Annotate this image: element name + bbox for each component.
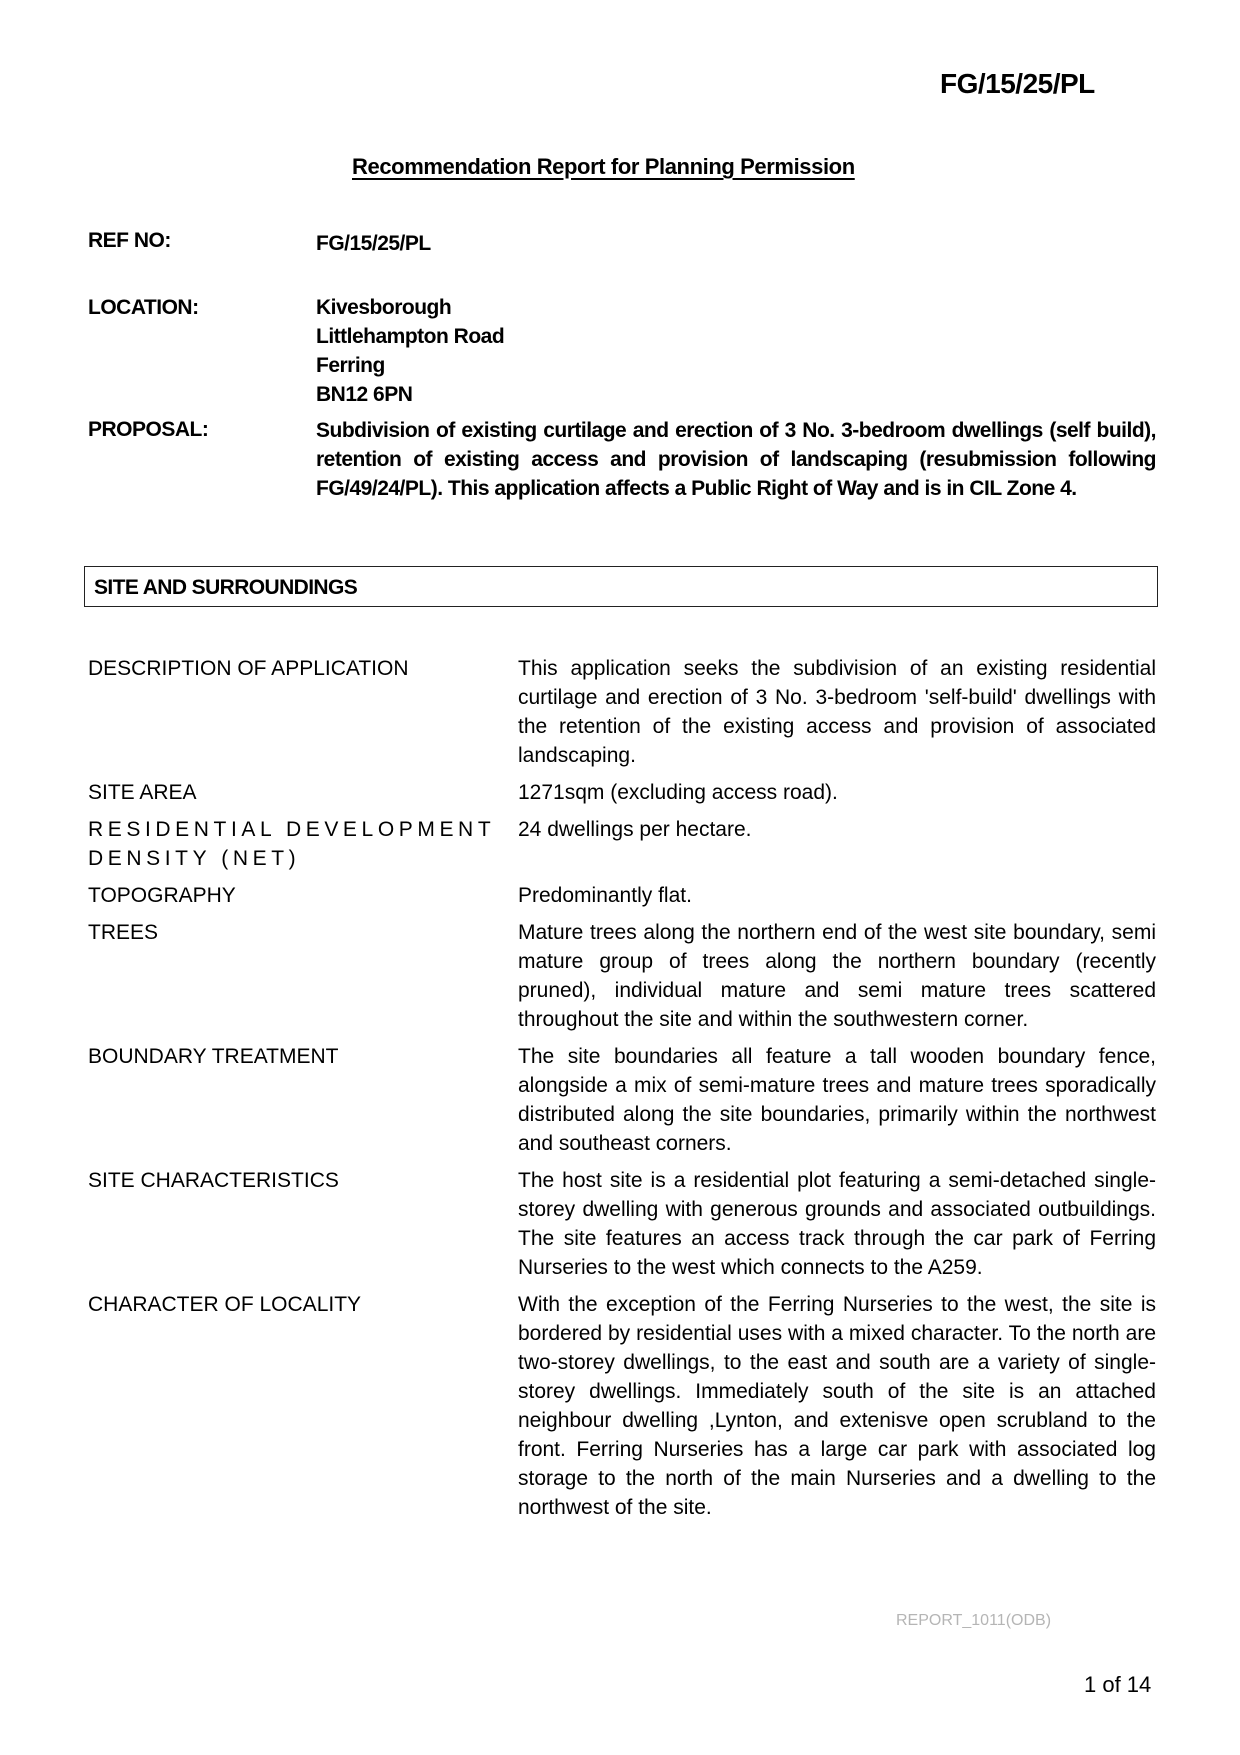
report-code: REPORT_1011(ODB) — [896, 1612, 1051, 1630]
section-header-box: SITE AND SURROUNDINGS — [84, 566, 1158, 607]
detail-row: SITE CHARACTERISTICS The host site is a … — [88, 1166, 1158, 1282]
detail-key: CHARACTER OF LOCALITY — [88, 1290, 518, 1522]
location-line: Littlehampton Road — [316, 322, 504, 351]
detail-row: SITE AREA 1271sqm (excluding access road… — [88, 778, 1158, 807]
ref-no-value: FG/15/25/PL — [316, 229, 431, 258]
location-line: Ferring — [316, 351, 504, 380]
location-line: BN12 6PN — [316, 380, 504, 409]
detail-value: This application seeks the subdivision o… — [518, 654, 1156, 770]
ref-no-label: REF NO: — [88, 229, 171, 253]
detail-key: BOUNDARY TREATMENT — [88, 1042, 518, 1158]
report-title: Recommendation Report for Planning Permi… — [352, 154, 855, 180]
detail-row: RESIDENTIAL DEVELOPMENT DENSITY (NET) 24… — [88, 815, 1158, 873]
detail-row: BOUNDARY TREATMENT The site boundaries a… — [88, 1042, 1158, 1158]
detail-value: With the exception of the Ferring Nurser… — [518, 1290, 1156, 1522]
detail-key: RESIDENTIAL DEVELOPMENT DENSITY (NET) — [88, 815, 518, 873]
detail-key: TOPOGRAPHY — [88, 881, 518, 910]
detail-row: CHARACTER OF LOCALITY With the exception… — [88, 1290, 1158, 1522]
detail-value: Predominantly flat. — [518, 881, 1156, 910]
detail-row: TOPOGRAPHY Predominantly flat. — [88, 881, 1158, 910]
proposal-label: PROPOSAL: — [88, 418, 208, 442]
location-line: Kivesborough — [316, 293, 504, 322]
detail-value: 1271sqm (excluding access road). — [518, 778, 1156, 807]
detail-key: DESCRIPTION OF APPLICATION — [88, 654, 518, 770]
location-label: LOCATION: — [88, 296, 199, 320]
detail-value: The host site is a residential plot feat… — [518, 1166, 1156, 1282]
site-details-table: DESCRIPTION OF APPLICATION This applicat… — [88, 654, 1158, 1530]
proposal-value: Subdivision of existing curtilage and er… — [316, 416, 1156, 503]
detail-key: SITE AREA — [88, 778, 518, 807]
detail-value: 24 dwellings per hectare. — [518, 815, 1156, 873]
header-reference: FG/15/25/PL — [940, 68, 1095, 100]
detail-value: The site boundaries all feature a tall w… — [518, 1042, 1156, 1158]
detail-key: SITE CHARACTERISTICS — [88, 1166, 518, 1282]
page-indicator: 1 of 14 — [1084, 1672, 1151, 1698]
location-address: Kivesborough Littlehampton Road Ferring … — [316, 293, 504, 409]
detail-value: Mature trees along the northern end of t… — [518, 918, 1156, 1034]
detail-row: DESCRIPTION OF APPLICATION This applicat… — [88, 654, 1158, 770]
detail-key: TREES — [88, 918, 518, 1034]
detail-row: TREES Mature trees along the northern en… — [88, 918, 1158, 1034]
section-title: SITE AND SURROUNDINGS — [94, 576, 357, 600]
